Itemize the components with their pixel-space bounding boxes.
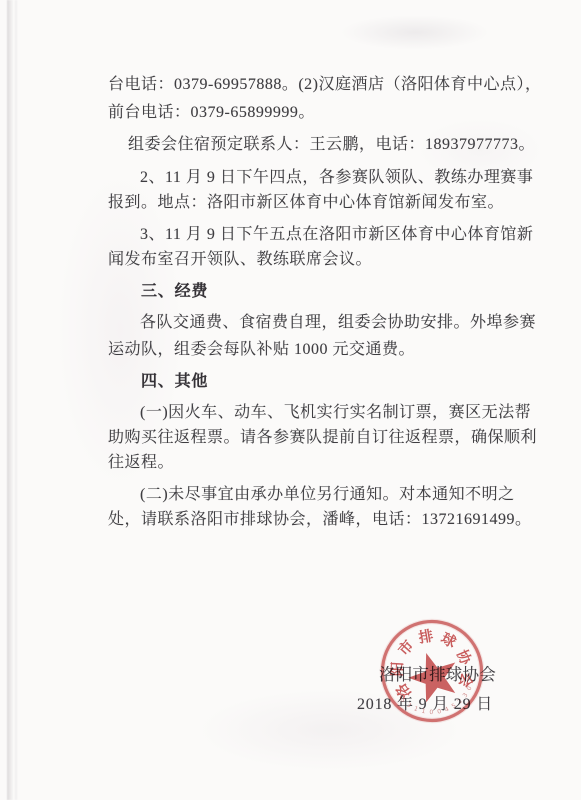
text-line: 台电话：0379-69957888。(2)汉庭酒店（洛阳体育中心点）， [108,75,542,95]
scanner-edge-line [15,0,17,800]
text-line: 运动队，组委会每队补贴 1000 元交通费。 [108,340,415,360]
seal-serial-digit: 2 [457,697,465,705]
seal-arc-char: 市 [394,636,417,659]
seal-arc-char: 排 [417,627,435,646]
text-line: 各队交通费、食宿费自理，组委会协助安排。外埠参赛 [140,313,536,333]
text-line: 2、11 月 9 日下午四点，各参赛队领队、教练办理赛事 [140,168,533,188]
paper-smudge [340,15,490,50]
text-line: 助购买往返程票。请各参赛队提前自订往返程票，确保顺利 [108,428,537,448]
seal-serial-digit: 1 [421,708,426,716]
seal-group: 洛 阳 市 排 球 协 会 5 3 1 1 0 0 4 5 2 3 0 [375,614,490,729]
seal-serial-digit: 5 [451,702,458,710]
official-seal: 洛 阳 市 排 球 协 会 5 3 1 1 0 0 4 5 2 3 0 [370,609,494,733]
seal-serial-digit: 3 [462,692,470,699]
text-line: (二)未尽事宜由承办单位另行通知。对本通知不明之 [140,485,515,505]
text-line: 处，请联系洛阳市排球协会，潘峰，电话：13721691499。 [108,510,532,530]
seal-serial-digit: 0 [429,709,433,716]
section-heading: 四、其他 [141,372,208,392]
text-line: 闻发布室召开领队、教练联席会议。 [108,250,372,270]
seal-arc-char: 阳 [388,661,407,677]
text-line: 组委会住宿预定联系人：王云鹏，电话：18937977773。 [128,135,535,155]
text-line: 前台电话：0379-65899999。 [108,103,315,123]
section-heading: 三、经费 [141,282,208,302]
text-line: 往返程。 [108,453,174,473]
scanner-edge-shadow [7,0,13,800]
seal-serial-digit: 4 [444,706,450,714]
seal-serial-digit: 0 [437,708,442,716]
seal-serial-digit: 3 [405,701,412,709]
scanned-document-page: 台电话：0379-69957888。(2)汉庭酒店（洛阳体育中心点）， 前台电话… [0,0,581,800]
seal-serial-digit: 1 [413,705,419,713]
text-line: 报到。地点：洛阳市新区体育中心体育馆新闻发布室。 [108,193,504,213]
seal-arc-char: 球 [438,630,459,652]
seal-arc-char: 协 [453,647,475,668]
text-line: (一)因火车、动车、飞机实行实名制订票，赛区无法帮 [140,403,531,423]
text-line: 3、11 月 9 日下午五点在洛阳市新区体育中心体育馆新 [140,225,533,245]
